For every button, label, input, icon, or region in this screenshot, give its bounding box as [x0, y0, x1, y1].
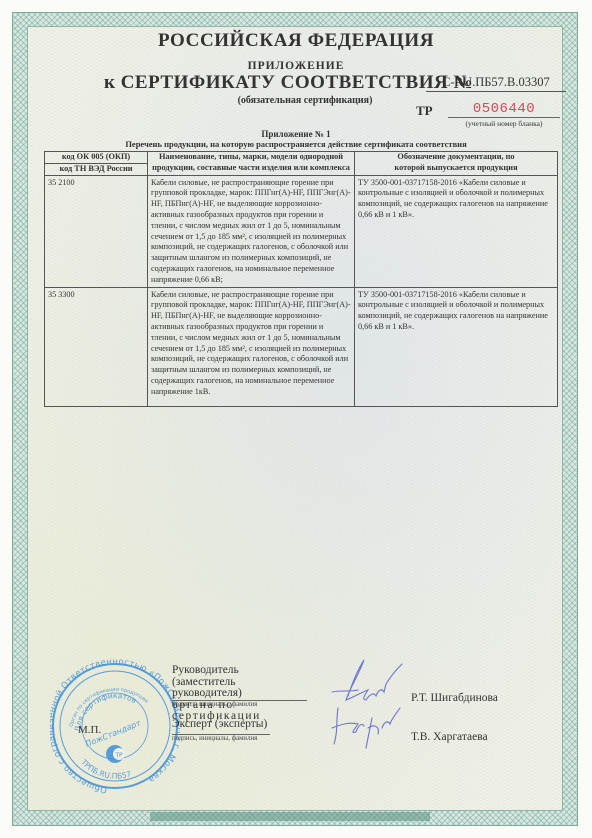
annex-subtitle: Перечень продукции, на которую распростр… [0, 139, 592, 149]
header-code-okp: код ОК 005 (ОКП) [45, 152, 148, 164]
signature-caption-expert: подпись, инициалы, фамилия [172, 735, 257, 742]
country-title: РОССИЙСКАЯ ФЕДЕРАЦИЯ [0, 30, 592, 52]
cell-product-name: Кабели силовые, не распространяющие горе… [148, 287, 355, 406]
head-label-line2: (заместитель руководителя) [172, 677, 307, 700]
printer-microtext [150, 812, 430, 821]
table-row: 35 2100 Кабели силовые, не распространяю… [45, 175, 558, 287]
cell-product-name: Кабели силовые, не распространяющие горе… [148, 175, 355, 287]
head-name: Р.Т. Шигабдинова [411, 692, 498, 704]
organization-stamp-icon: Общество с ограниченной Ответственностью… [50, 650, 180, 800]
cell-documentation: ТУ 3500-001-03717158-2016 «Кабели силовы… [355, 175, 558, 287]
seal-label: М.П. [78, 724, 101, 736]
svg-text:ТРПБ.RU.ПБ57: ТРПБ.RU.ПБ57 [79, 757, 133, 781]
header-documentation-text: Обозначение документации, по которой вып… [358, 152, 554, 174]
expert-name: Т.В. Харгатаева [411, 731, 488, 743]
head-label-line1: Руководитель [172, 665, 307, 677]
certificate-number: C-RU.ПБ57.В.03307 [426, 75, 566, 92]
appendix-label: ПРИЛОЖЕНИЕ [0, 60, 592, 72]
products-table: код ОК 005 (ОКП) Наименование, типы, мар… [44, 151, 558, 407]
blank-number: 0506440 [448, 101, 560, 118]
svg-text:ТР: ТР [114, 752, 123, 759]
head-of-body-label: Руководитель (заместитель руководителя) … [172, 665, 307, 723]
signature-caption-head: подпись, инициалы, фамилия [172, 701, 257, 708]
blank-number-caption: (учетный номер бланка) [448, 119, 560, 128]
table-row: 35 3300 Кабели силовые, не распространяю… [45, 287, 558, 406]
annex-title: Приложение № 1 [0, 129, 592, 139]
header-code-tnved: код ТН ВЭД России [45, 163, 148, 175]
header-documentation: Обозначение документации, по которой вып… [355, 152, 558, 176]
certification-type: (обязательная сертификация) [190, 95, 420, 106]
cell-documentation: ТУ 3500-001-03717158-2016 «Кабели силовы… [355, 287, 558, 406]
handwritten-signature-icon [328, 648, 408, 763]
header-product-name: Наименование, типы, марки, модели одноро… [148, 152, 355, 176]
certificate-label: к СЕРТИФИКАТУ СООТВЕТСТВИЯ № [104, 72, 473, 94]
tr-label: ТР [416, 103, 433, 119]
cell-code: 35 2100 [45, 175, 148, 287]
cell-code: 35 3300 [45, 287, 148, 406]
expert-label: Эксперт (эксперты) [172, 718, 267, 730]
